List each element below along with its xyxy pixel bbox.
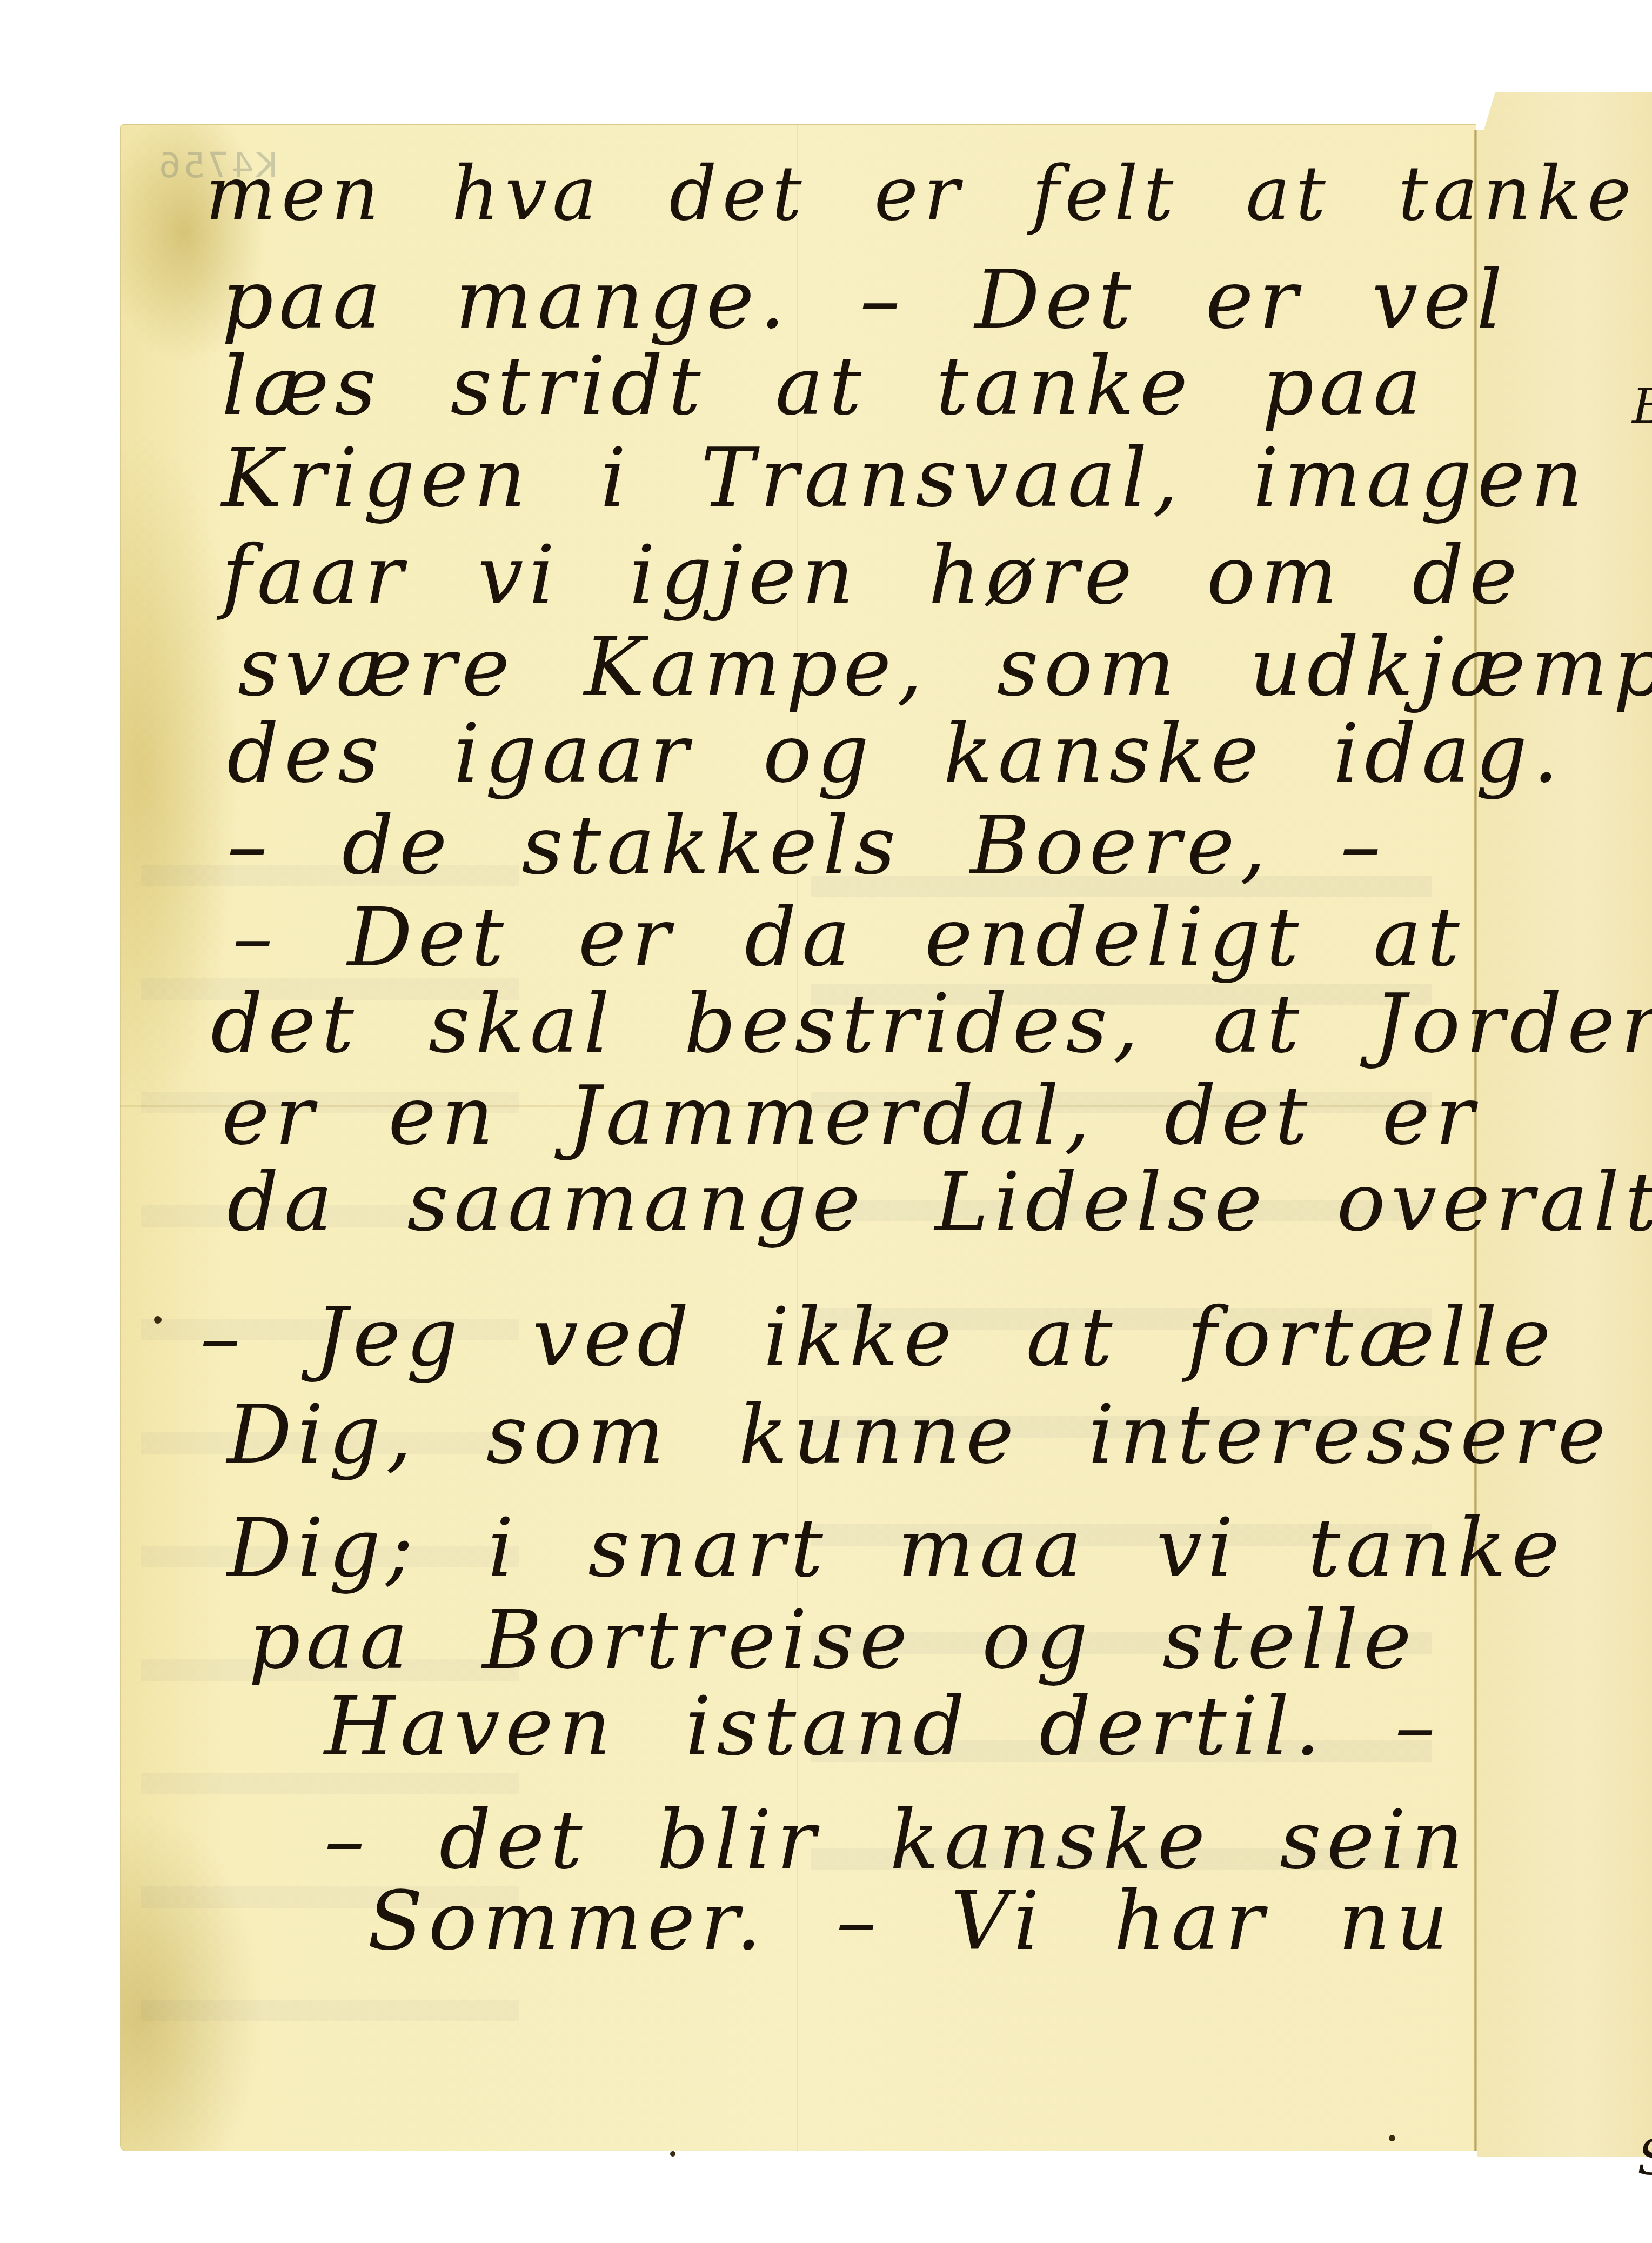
letter-line: Sommer. – Vi har nu [367, 1881, 1454, 1962]
letter-line: – Det er da endeligt at [232, 897, 1465, 978]
letter-line: paa Bortreise og stelle [249, 1600, 1417, 1681]
letter-line: er en Jammerdal, det er [222, 1076, 1480, 1157]
letter-line: da saamange Lidelse overalt [227, 1162, 1652, 1243]
ink-speck [670, 2151, 675, 2157]
letter-line: Dig, som kunne interessere [227, 1394, 1611, 1476]
margin-letter: S [1637, 2129, 1652, 2186]
letter-line: læs stridt at tanke paa [222, 346, 1427, 427]
ink-speck [1389, 2135, 1395, 2141]
letter-line: det skal bestrides, at Jorden [211, 984, 1652, 1065]
letter-line: – de stakkels Boere, – [227, 805, 1386, 886]
margin-letter: B [1632, 378, 1652, 435]
letter-line: – det blir kanske sein [324, 1800, 1469, 1881]
ink-speck [154, 1316, 162, 1324]
ink-speck [1412, 1459, 1417, 1465]
letter-line: paa mange. – Det er vel [222, 259, 1508, 341]
adjacent-sheet [1477, 92, 1652, 2157]
letter-line: – Jeg ved ikke at fortælle [200, 1297, 1556, 1378]
letter-line: faar vi igjen høre om de [222, 535, 1523, 616]
letter-line: Krigen i Transvaal, imagen [222, 438, 1588, 519]
letter-line: Haven istand dertil. – [324, 1686, 1441, 1767]
letter-line: men hva det er felt at tanke [205, 157, 1637, 231]
letter-line: Dig; i snart maa vi tanke [227, 1508, 1565, 1589]
letter-line: svære Kampe, som udkjæmpe [238, 627, 1652, 708]
letter-line: des igaar og kanske idag. [227, 713, 1564, 795]
